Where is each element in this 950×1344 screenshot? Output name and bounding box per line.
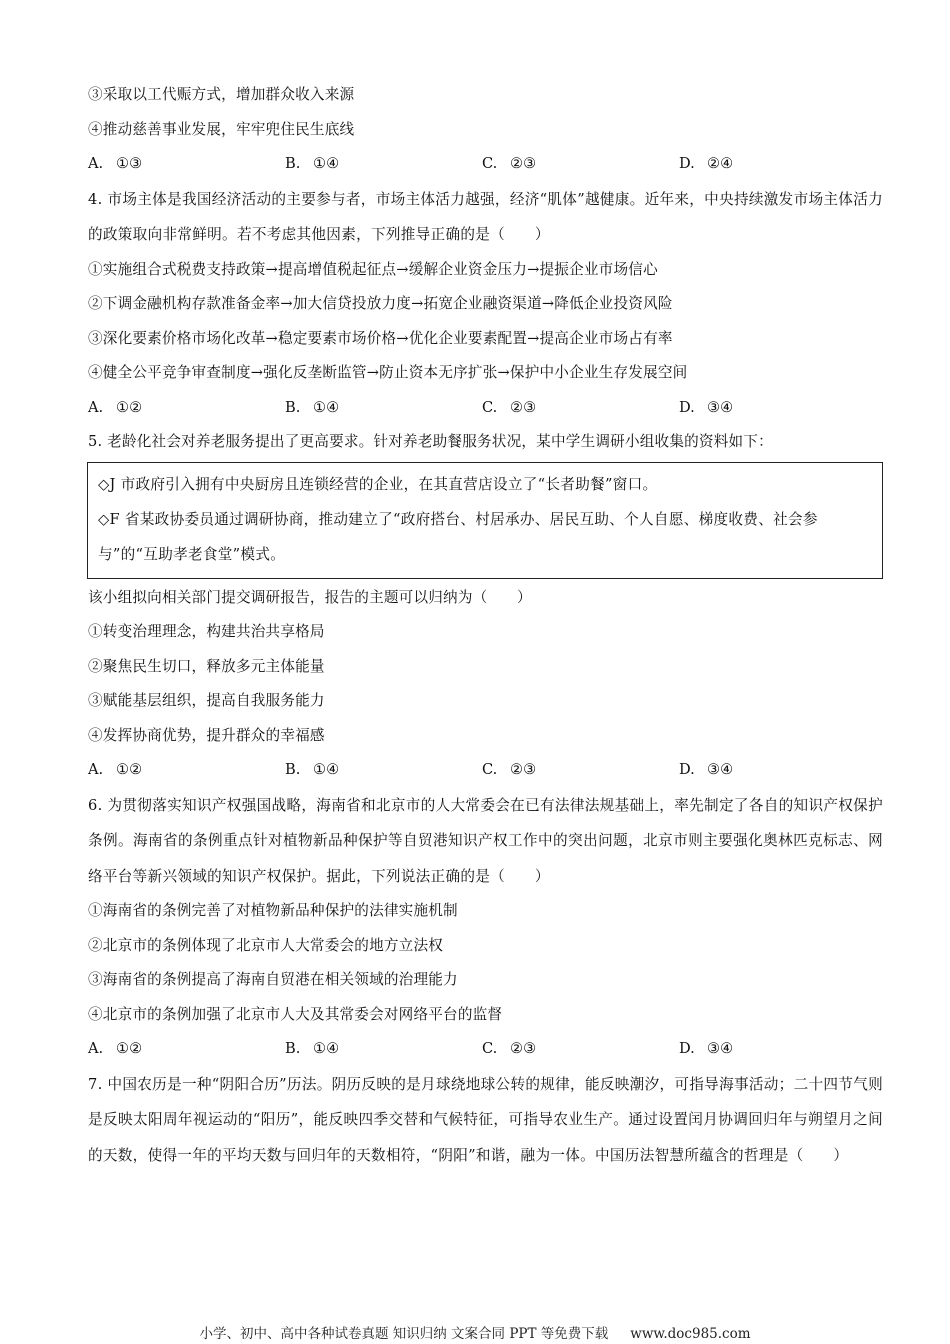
q5-choices: A.①② B.①④ C.②③ D.③④ (88, 753, 883, 788)
q3-choice-d: D.②④ (679, 147, 876, 182)
page-footer: 小学、初中、高中各种试卷真题 知识归纳 文案合同 PPT 等免费下载www.do… (0, 1322, 950, 1342)
choice-letter: D. (679, 147, 707, 182)
q4-choice-c: C.②③ (482, 391, 679, 426)
choice-letter: D. (679, 753, 707, 788)
choice-letter: A. (88, 753, 116, 788)
q5-choice-b: B.①④ (285, 753, 482, 788)
q6-choices: A.①② B.①④ C.②③ D.③④ (88, 1032, 883, 1067)
question-7: 7. 中国农历是一种“阴阳合历”历法。阴历反映的是月球绕地球公转的规律，能反映潮… (88, 1067, 883, 1174)
q5-material-box: ◇J 市政府引入拥有中央厨房且连锁经营的企业，在其直营店设立了“长者助餐”窗口。… (87, 462, 883, 579)
choice-value: ①③ (116, 155, 142, 172)
q4-choice-b: B.①④ (285, 391, 482, 426)
choice-letter: C. (482, 753, 510, 788)
q5-material-2: ◇F 省某政协委员通过调研协商，推动建立了“政府搭台、村居承办、居民互助、个人自… (98, 502, 872, 572)
q6-option-4: ④北京市的条例加强了北京市人大及其常委会对网络平台的监督 (88, 998, 883, 1033)
q5-option-2: ②聚焦民生切口，释放多元主体能量 (88, 650, 883, 685)
choice-value: ③④ (707, 399, 733, 416)
choice-letter: B. (285, 147, 313, 182)
q4-option-4: ④健全公平竞争审查制度→强化反垄断监管→防止资本无序扩张→保护中小企业生存发展空… (88, 356, 883, 391)
choice-value: ①④ (313, 399, 339, 416)
q4-stem: 4. 市场主体是我国经济活动的主要参与者，市场主体活力越强，经济“肌体”越健康。… (88, 182, 883, 253)
choice-letter: A. (88, 391, 116, 426)
exam-page: ③采取以工代赈方式，增加群众收入来源 ④推动慈善事业发展，牢牢兜住民生底线 A.… (88, 78, 883, 1173)
choice-value: ②④ (707, 155, 733, 172)
q3-choices: A.①③ B.①④ C.②③ D.②④ (88, 147, 883, 182)
q6-choice-c: C.②③ (482, 1032, 679, 1067)
q3-option-3: ③采取以工代赈方式，增加群众收入来源 (88, 78, 883, 113)
choice-letter: B. (285, 753, 313, 788)
choice-value: ①② (116, 1040, 142, 1057)
q5-material-1: ◇J 市政府引入拥有中央厨房且连锁经营的企业，在其直营店设立了“长者助餐”窗口。 (98, 467, 872, 502)
question-5: 5. 老龄化社会对养老服务提出了更高要求。针对养老助餐服务状况，某中学生调研小组… (88, 425, 883, 788)
q5-choice-a: A.①② (88, 753, 285, 788)
choice-value: ②③ (510, 1040, 536, 1057)
choice-value: ①④ (313, 761, 339, 778)
q6-choice-a: A.①② (88, 1032, 285, 1067)
q5-option-4: ④发挥协商优势，提升群众的幸福感 (88, 719, 883, 754)
choice-letter: A. (88, 147, 116, 182)
q4-choices: A.①② B.①④ C.②③ D.③④ (88, 391, 883, 426)
choice-value: ③④ (707, 1040, 733, 1057)
q6-choice-b: B.①④ (285, 1032, 482, 1067)
footer-text: 小学、初中、高中各种试卷真题 知识归纳 文案合同 PPT 等免费下载 (199, 1326, 608, 1342)
choice-value: ①④ (313, 155, 339, 172)
choice-value: ②③ (510, 399, 536, 416)
q6-option-3: ③海南省的条例提高了海南自贸港在相关领域的治理能力 (88, 963, 883, 998)
q6-choice-d: D.③④ (679, 1032, 876, 1067)
q4-option-1: ①实施组合式税费支持政策→提高增值税起征点→缓解企业资金压力→提振企业市场信心 (88, 253, 883, 288)
question-4: 4. 市场主体是我国经济活动的主要参与者，市场主体活力越强，经济“肌体”越健康。… (88, 182, 883, 426)
choice-letter: C. (482, 391, 510, 426)
choice-value: ②③ (510, 155, 536, 172)
q6-option-2: ②北京市的条例体现了北京市人大常委会的地方立法权 (88, 929, 883, 964)
choice-value: ①② (116, 399, 142, 416)
choice-letter: D. (679, 1032, 707, 1067)
choice-value: ③④ (707, 761, 733, 778)
q5-option-3: ③赋能基层组织，提高自我服务能力 (88, 684, 883, 719)
choice-letter: B. (285, 1032, 313, 1067)
choice-value: ②③ (510, 761, 536, 778)
q4-option-2: ②下调金融机构存款准备金率→加大信贷投放力度→拓宽企业融资渠道→降低企业投资风险 (88, 287, 883, 322)
q4-option-3: ③深化要素价格市场化改革→稳定要素市场价格→优化企业要素配置→提高企业市场占有率 (88, 322, 883, 357)
q5-stem: 5. 老龄化社会对养老服务提出了更高要求。针对养老助餐服务状况，某中学生调研小组… (88, 425, 883, 460)
q5-option-1: ①转变治理理念，构建共治共享格局 (88, 615, 883, 650)
choice-letter: A. (88, 1032, 116, 1067)
q5-choice-d: D.③④ (679, 753, 876, 788)
choice-letter: C. (482, 147, 510, 182)
q4-choice-d: D.③④ (679, 391, 876, 426)
q6-option-1: ①海南省的条例完善了对植物新品种保护的法律实施机制 (88, 894, 883, 929)
choice-letter: B. (285, 391, 313, 426)
q3-choice-b: B.①④ (285, 147, 482, 182)
q3-choice-a: A.①③ (88, 147, 285, 182)
choice-letter: D. (679, 391, 707, 426)
q5-question: 该小组拟向相关部门提交调研报告，报告的主题可以归纳为（ ） (88, 581, 883, 616)
choice-value: ①② (116, 761, 142, 778)
question-3-tail: ③采取以工代赈方式，增加群众收入来源 ④推动慈善事业发展，牢牢兜住民生底线 A.… (88, 78, 883, 182)
question-6: 6. 为贯彻落实知识产权强国战略，海南省和北京市的人大常委会在已有法律法规基础上… (88, 788, 883, 1067)
footer-url[interactable]: www.doc985.com (630, 1326, 750, 1342)
choice-value: ①④ (313, 1040, 339, 1057)
q6-stem: 6. 为贯彻落实知识产权强国战略，海南省和北京市的人大常委会在已有法律法规基础上… (88, 788, 883, 895)
q7-stem: 7. 中国农历是一种“阴阳合历”历法。阴历反映的是月球绕地球公转的规律，能反映潮… (88, 1067, 883, 1174)
q3-option-4: ④推动慈善事业发展，牢牢兜住民生底线 (88, 113, 883, 148)
q4-choice-a: A.①② (88, 391, 285, 426)
q5-choice-c: C.②③ (482, 753, 679, 788)
q3-choice-c: C.②③ (482, 147, 679, 182)
choice-letter: C. (482, 1032, 510, 1067)
